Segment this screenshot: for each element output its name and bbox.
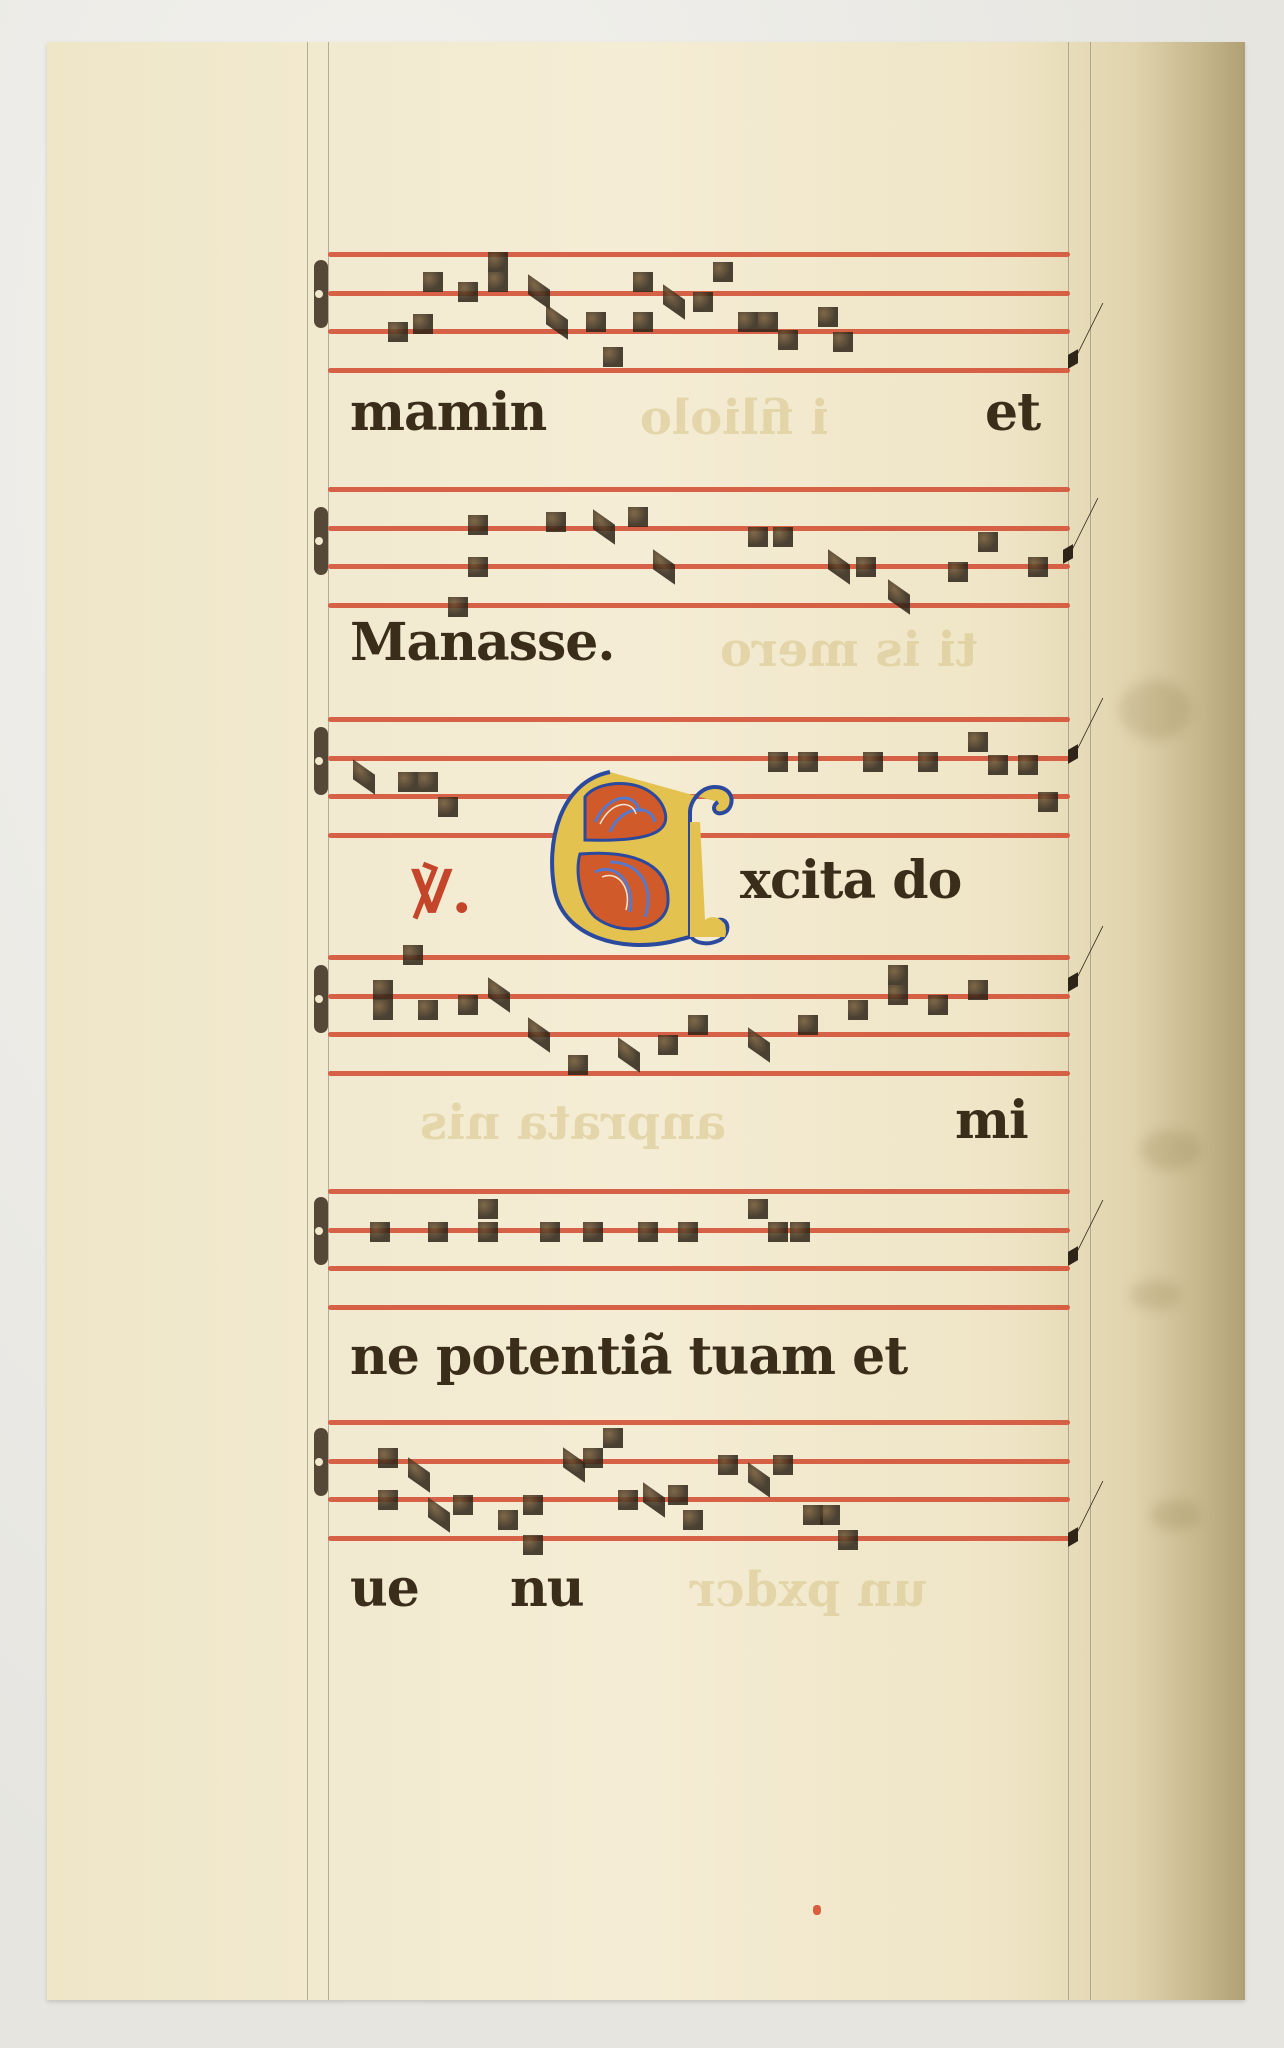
lyric-line-1-end: et [985,382,1040,443]
stain [1150,1500,1200,1530]
c-clef-icon [314,507,328,575]
staff-2 [328,487,1070,607]
c-clef-icon [314,1428,328,1496]
illuminated-initial-icon [540,762,740,954]
lyric-line-2: Manasse. [350,612,615,673]
stain [1130,1280,1180,1310]
illuminated-initial-e [540,762,740,954]
lyric-line-3: xcita do [740,850,961,911]
bleedthrough-text: anprata nis [420,1095,726,1151]
versicle-sign: ℣. [412,858,472,926]
stain [1120,680,1190,740]
red-ink-spot [813,1905,821,1915]
c-clef-icon [314,727,328,795]
lyric-line-1: mamin [350,382,546,443]
bleedthrough-text: un pxdcr [690,1562,927,1618]
lyric-line-6: ue [350,1558,419,1619]
c-clef-icon [314,965,328,1033]
lyric-line-5: ne potentiã tuam et [350,1326,907,1387]
ruling-line-left-outer [307,42,308,2000]
bleedthrough-text: i filiolo [640,390,829,446]
staff-5 [328,1189,1070,1309]
c-clef-icon [314,260,328,328]
c-clef-icon [314,1197,328,1265]
lyric-line-4: mi [955,1090,1028,1151]
staff-4 [328,955,1070,1075]
bleedthrough-text: ti is mero [720,622,978,678]
staff-6 [328,1420,1070,1540]
stain [1140,1130,1200,1170]
lyric-line-6-cont: nu [510,1558,584,1619]
ruling-line-right-outer [1090,42,1091,2000]
staff-1 [328,252,1070,372]
